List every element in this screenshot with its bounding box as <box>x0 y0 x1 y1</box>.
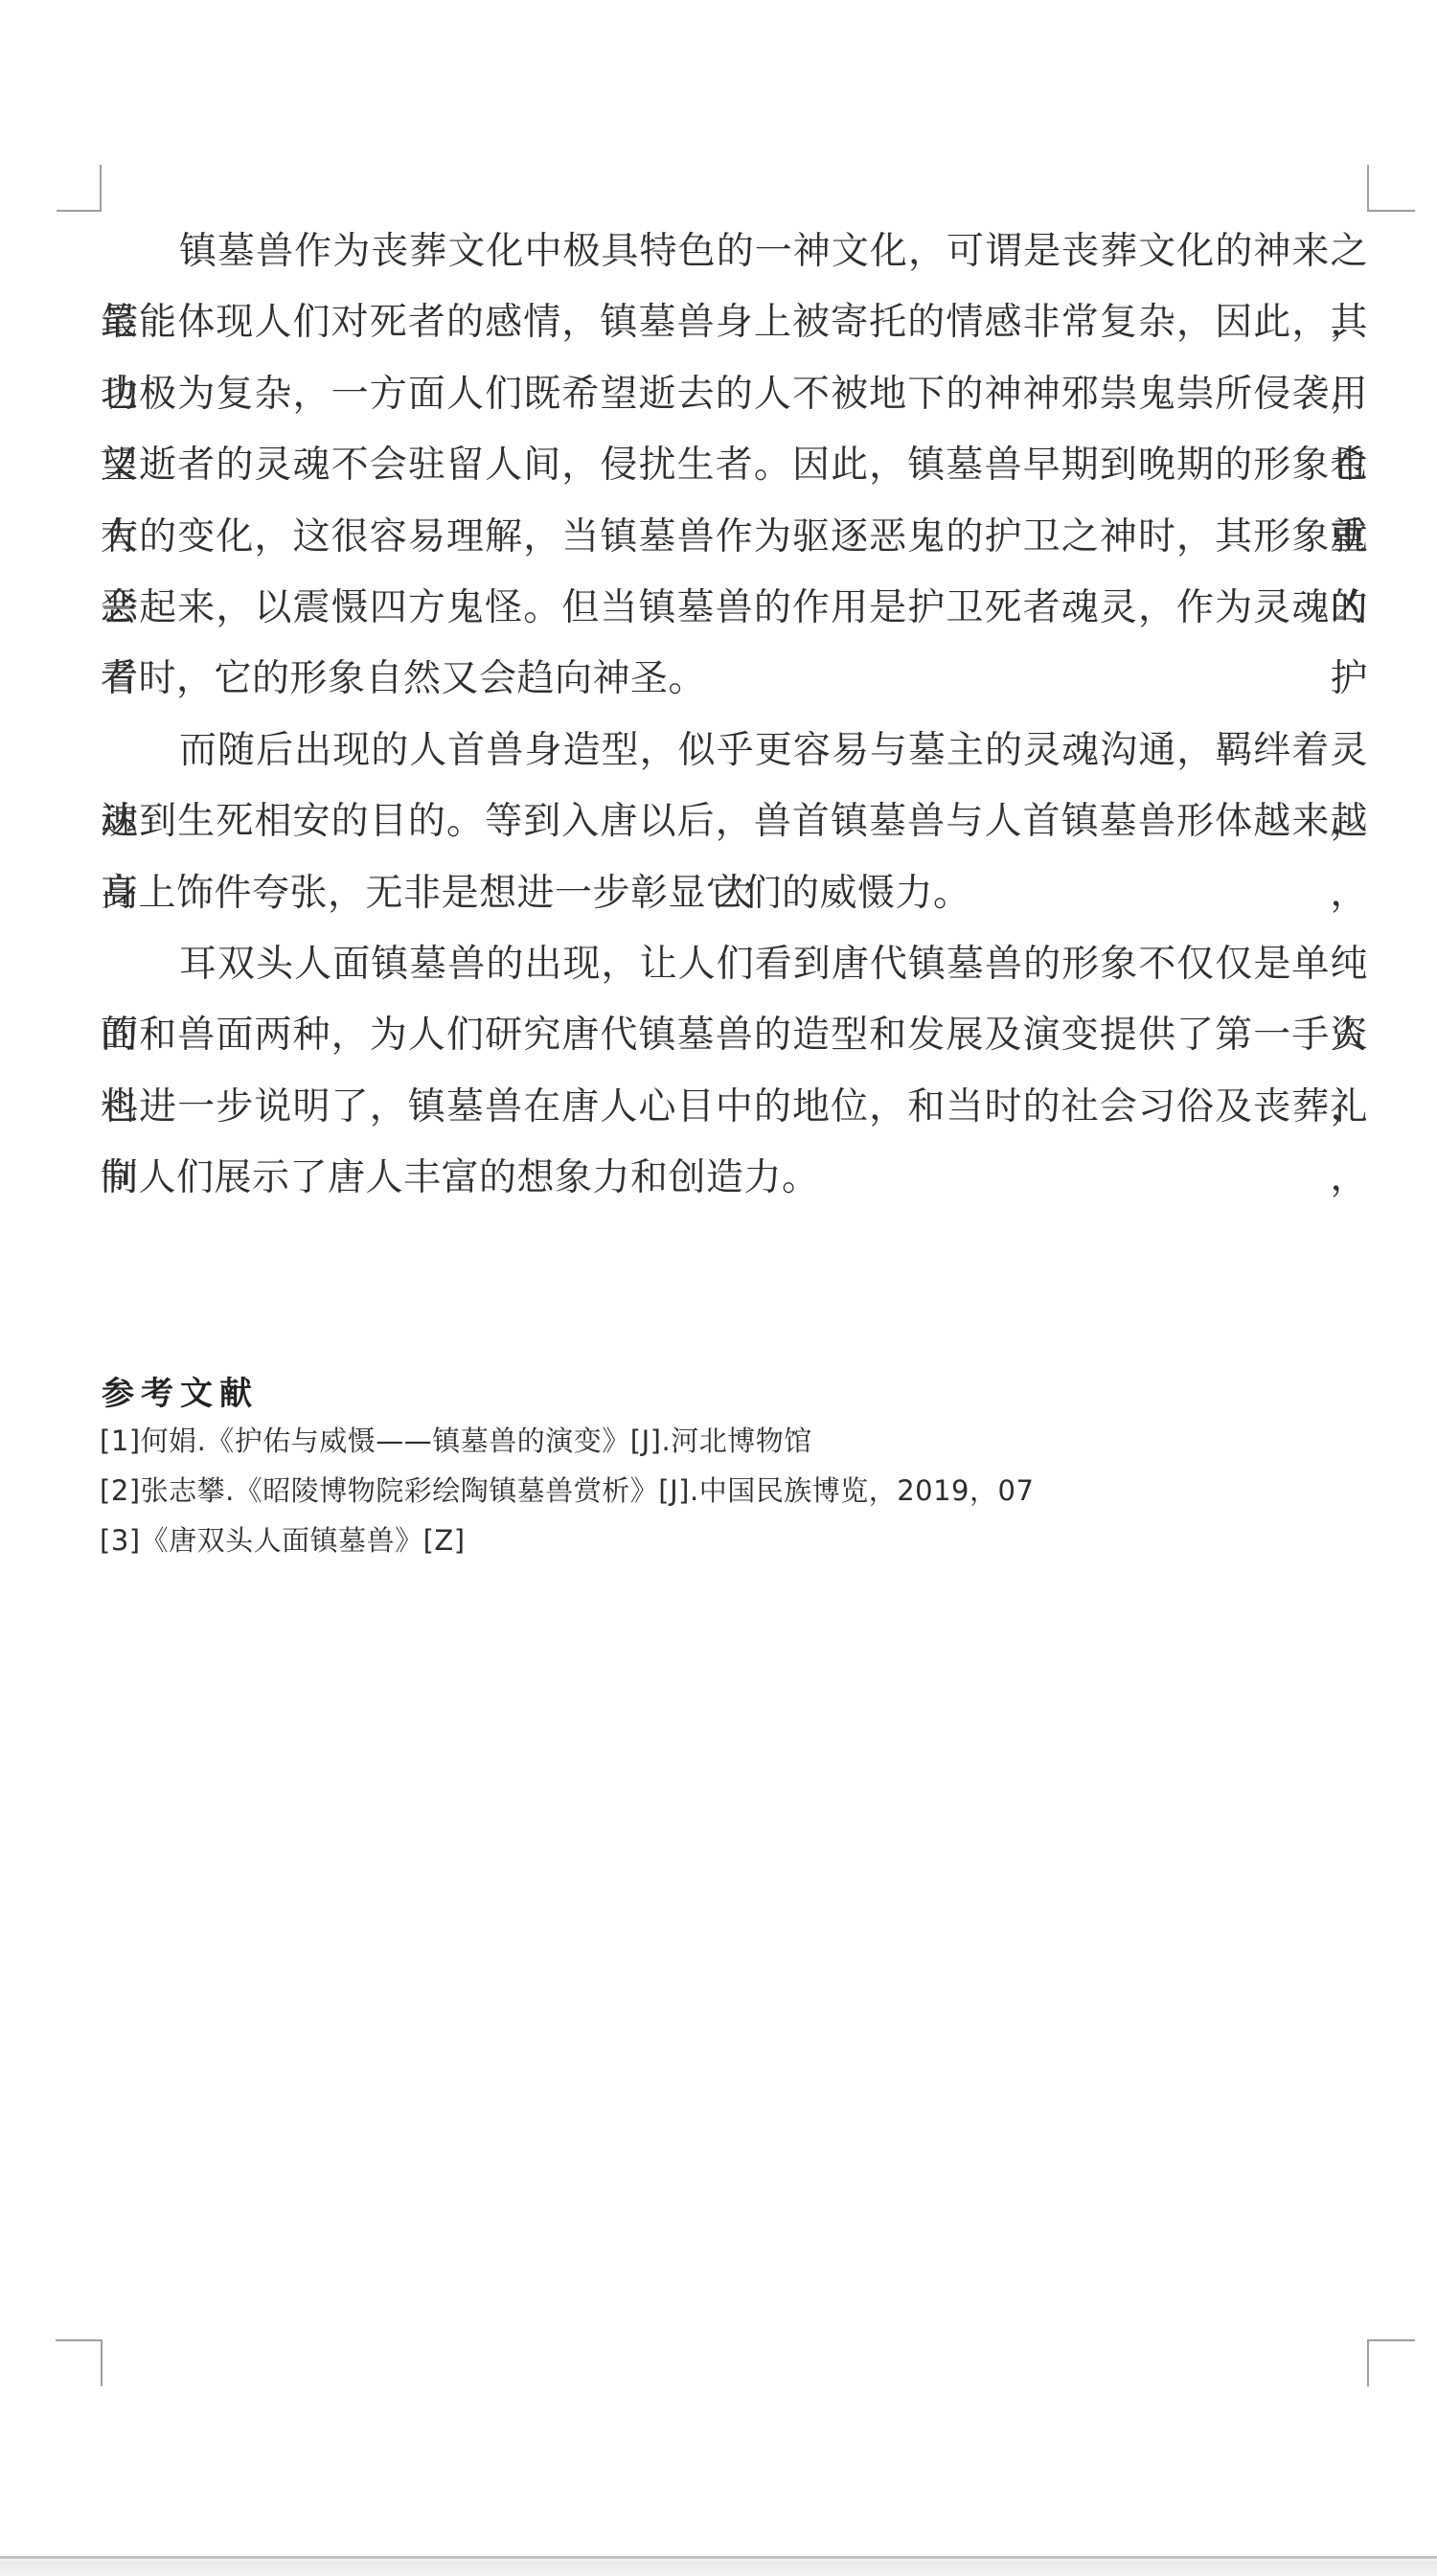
references-heading: 参考文献 <box>102 1367 259 1414</box>
text-line: 而随后出现的人首兽身造型，似乎更容易与墓主的灵魂沟通，羁绊着灵魂， <box>101 716 1368 786</box>
paragraph: 耳双头人面镇墓兽的出现，让人们看到唐代镇墓兽的形象不仅仅是单纯的人面和兽面两种，… <box>101 929 1368 1215</box>
crop-mark-bottom-right <box>1367 2339 1415 2386</box>
text-line: 也极为复杂，一方面人们既希望逝去的人不被地下的神神邪祟鬼祟所侵袭，又希 <box>101 359 1368 430</box>
document-page: 镇墓兽作为丧葬文化中极具特色的一神文化，可谓是丧葬文化的神来之笔，最能体现人们对… <box>0 0 1437 2559</box>
text-line: 镇墓兽作为丧葬文化中极具特色的一神文化，可谓是丧葬文化的神来之笔， <box>101 217 1368 287</box>
crop-mark-top-right <box>1367 165 1415 212</box>
text-line: 最能体现人们对死者的感情，镇墓兽身上被寄托的情感非常复杂，因此，其功用 <box>101 287 1368 358</box>
document-body: 镇墓兽作为丧葬文化中极具特色的一神文化，可谓是丧葬文化的神来之笔，最能体现人们对… <box>101 217 1368 1214</box>
reference-item: [1]何娟.《护佑与威慑——镇墓兽的演变》[J].河北博物馆 <box>100 1416 1297 1466</box>
text-line: 望逝者的灵魂不会驻留人间，侵扰生者。因此，镇墓兽早期到晚期的形象也有重 <box>101 430 1368 501</box>
text-line: 耳双头人面镇墓兽的出现，让人们看到唐代镇墓兽的形象不仅仅是单纯的人 <box>101 929 1368 1000</box>
text-line: 面和兽面两种，为人们研究唐代镇墓兽的造型和发展及演变提供了第一手资料， <box>101 1000 1368 1071</box>
viewer-background <box>0 2562 1437 2576</box>
text-line: 也进一步说明了，镇墓兽在唐人心目中的地位，和当时的社会习俗及丧葬礼制， <box>101 1072 1368 1143</box>
paragraph: 而随后出现的人首兽身造型，似乎更容易与墓主的灵魂沟通，羁绊着灵魂，达到生死相安的… <box>101 716 1368 929</box>
references-list: [1]何娟.《护佑与威慑——镇墓兽的演变》[J].河北博物馆[2]张志攀.《昭陵… <box>100 1416 1297 1565</box>
reference-item: [2]张志攀.《昭陵博物院彩绘陶镇墓兽赏析》[J].中国民族博览，2019，07 <box>100 1466 1297 1516</box>
crop-mark-bottom-left <box>56 2339 103 2386</box>
reference-item: [3]《唐双头人面镇墓兽》[Z] <box>100 1516 1297 1565</box>
text-line: 恶起来，以震慑四方鬼怪。但当镇墓兽的作用是护卫死者魂灵，作为灵魂的看护 <box>101 573 1368 644</box>
crop-mark-top-left <box>57 165 102 212</box>
text-line: 大的变化，这很容易理解，当镇墓兽作为驱逐恶鬼的护卫之神时，其形象就会凶 <box>101 502 1368 573</box>
text-line: 达到生死相安的目的。等到入唐以后，兽首镇墓兽与人首镇墓兽形体越来越高大， <box>101 786 1368 857</box>
paragraph: 镇墓兽作为丧葬文化中极具特色的一神文化，可谓是丧葬文化的神来之笔，最能体现人们对… <box>101 217 1368 716</box>
